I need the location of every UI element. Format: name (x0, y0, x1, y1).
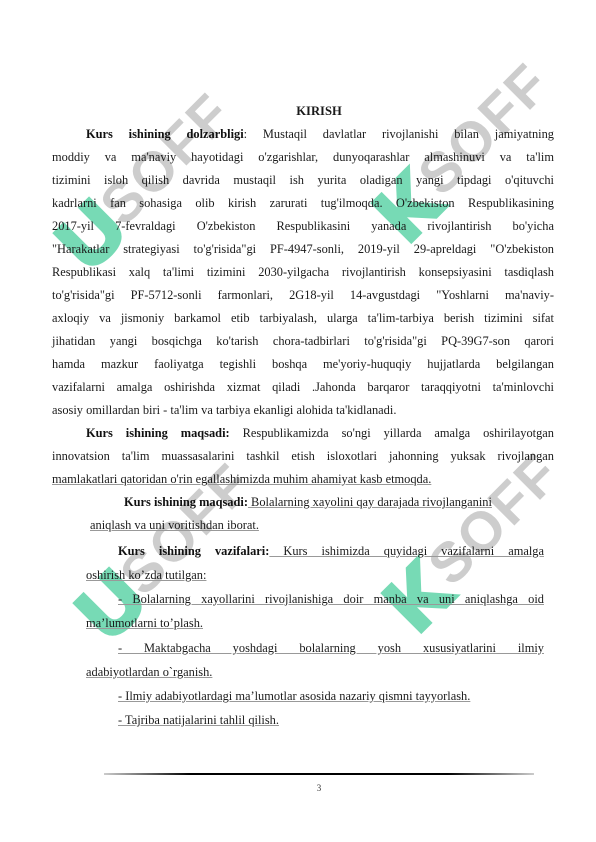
paragraph-line: 2017-yil 7-fevraldagi O'zbekiston Respub… (52, 218, 554, 234)
paragraph-line: Kurs ishining maqsadi: Respublikamizda s… (86, 425, 554, 441)
page-number: 3 (0, 783, 596, 793)
paragraph-line: vazifalarni amalga oshirishda xizmat qil… (52, 379, 554, 395)
paragraph-line: kadrlarni fan sohasiga olib kirish zarur… (52, 195, 554, 211)
task-item-continuation: ma’lumotlarni to’plash. (86, 615, 203, 631)
paragraph-line: oshirish ko’zda tutilgan: (86, 567, 206, 583)
paragraph-line: axloqiy va jismoniy barkamol etib tarbiy… (52, 310, 554, 326)
task-item: - Tajriba natijalarini tahlil qilish. (118, 712, 279, 728)
paragraph-line: mamlakatlari qatoridan o'rin egallashimi… (52, 471, 431, 487)
paragraph-line: Respublikasi xalq ta'limi tizimini 2030-… (52, 264, 554, 280)
task-item: - Maktabgacha yoshdagi bolalarning yosh … (118, 640, 544, 656)
paragraph-line: Kurs ishining maqsadi: Bolalarning xayol… (124, 494, 492, 510)
section-label: Kurs ishining dolzarbligi (86, 127, 244, 141)
paragraph-line: "Harakatlar strategiyasi to'g'risida"gi … (52, 241, 554, 257)
paragraph-line: tizimini isloh qilish davrida mustaqil i… (52, 172, 554, 188)
paragraph-line: moddiy va ma'naviy hayotidagi o'zgarishl… (52, 149, 554, 165)
task-item: - Bolalarning xayollarini rivojlanishiga… (118, 591, 544, 607)
paragraph-line: to'g'risida"gi PF-5712-sonli farmonlari,… (52, 287, 554, 303)
section-label: Kurs ishining vazifalari: (118, 544, 269, 558)
paragraph-line: jihatidan yangi bosqichga ko'tarish chor… (52, 333, 554, 349)
paragraph-line: Kurs ishining vazifalari: Kurs ishimizda… (118, 543, 544, 559)
section-label: Kurs ishining maqsadi: (124, 495, 248, 509)
task-item: - Ilmiy adabiyotlardagi ma’lumotlar asos… (118, 688, 470, 704)
page-title: KIRISH (0, 104, 596, 119)
paragraph-line: hamda mazkur faoliyatga tegishli boshqa … (52, 356, 554, 372)
task-item-continuation: adabiyotlardan o`rganish. (86, 664, 212, 680)
paragraph-line: aniqlash va uni voritishdan iborat. (90, 517, 259, 533)
document-page: SOFF SOFF SOFF SOFF KIRISH Kurs ishining… (0, 0, 596, 842)
paragraph-line: asosiy omillardan biri - ta'lim va tarbi… (52, 402, 396, 418)
paragraph-line: innovatsion ta'lim muassasalarini tashki… (52, 448, 554, 464)
footer-divider (104, 773, 534, 775)
section-label: Kurs ishining maqsadi: (86, 426, 230, 440)
paragraph-line: Kurs ishining dolzarbligi: Mustaqil davl… (86, 126, 554, 142)
